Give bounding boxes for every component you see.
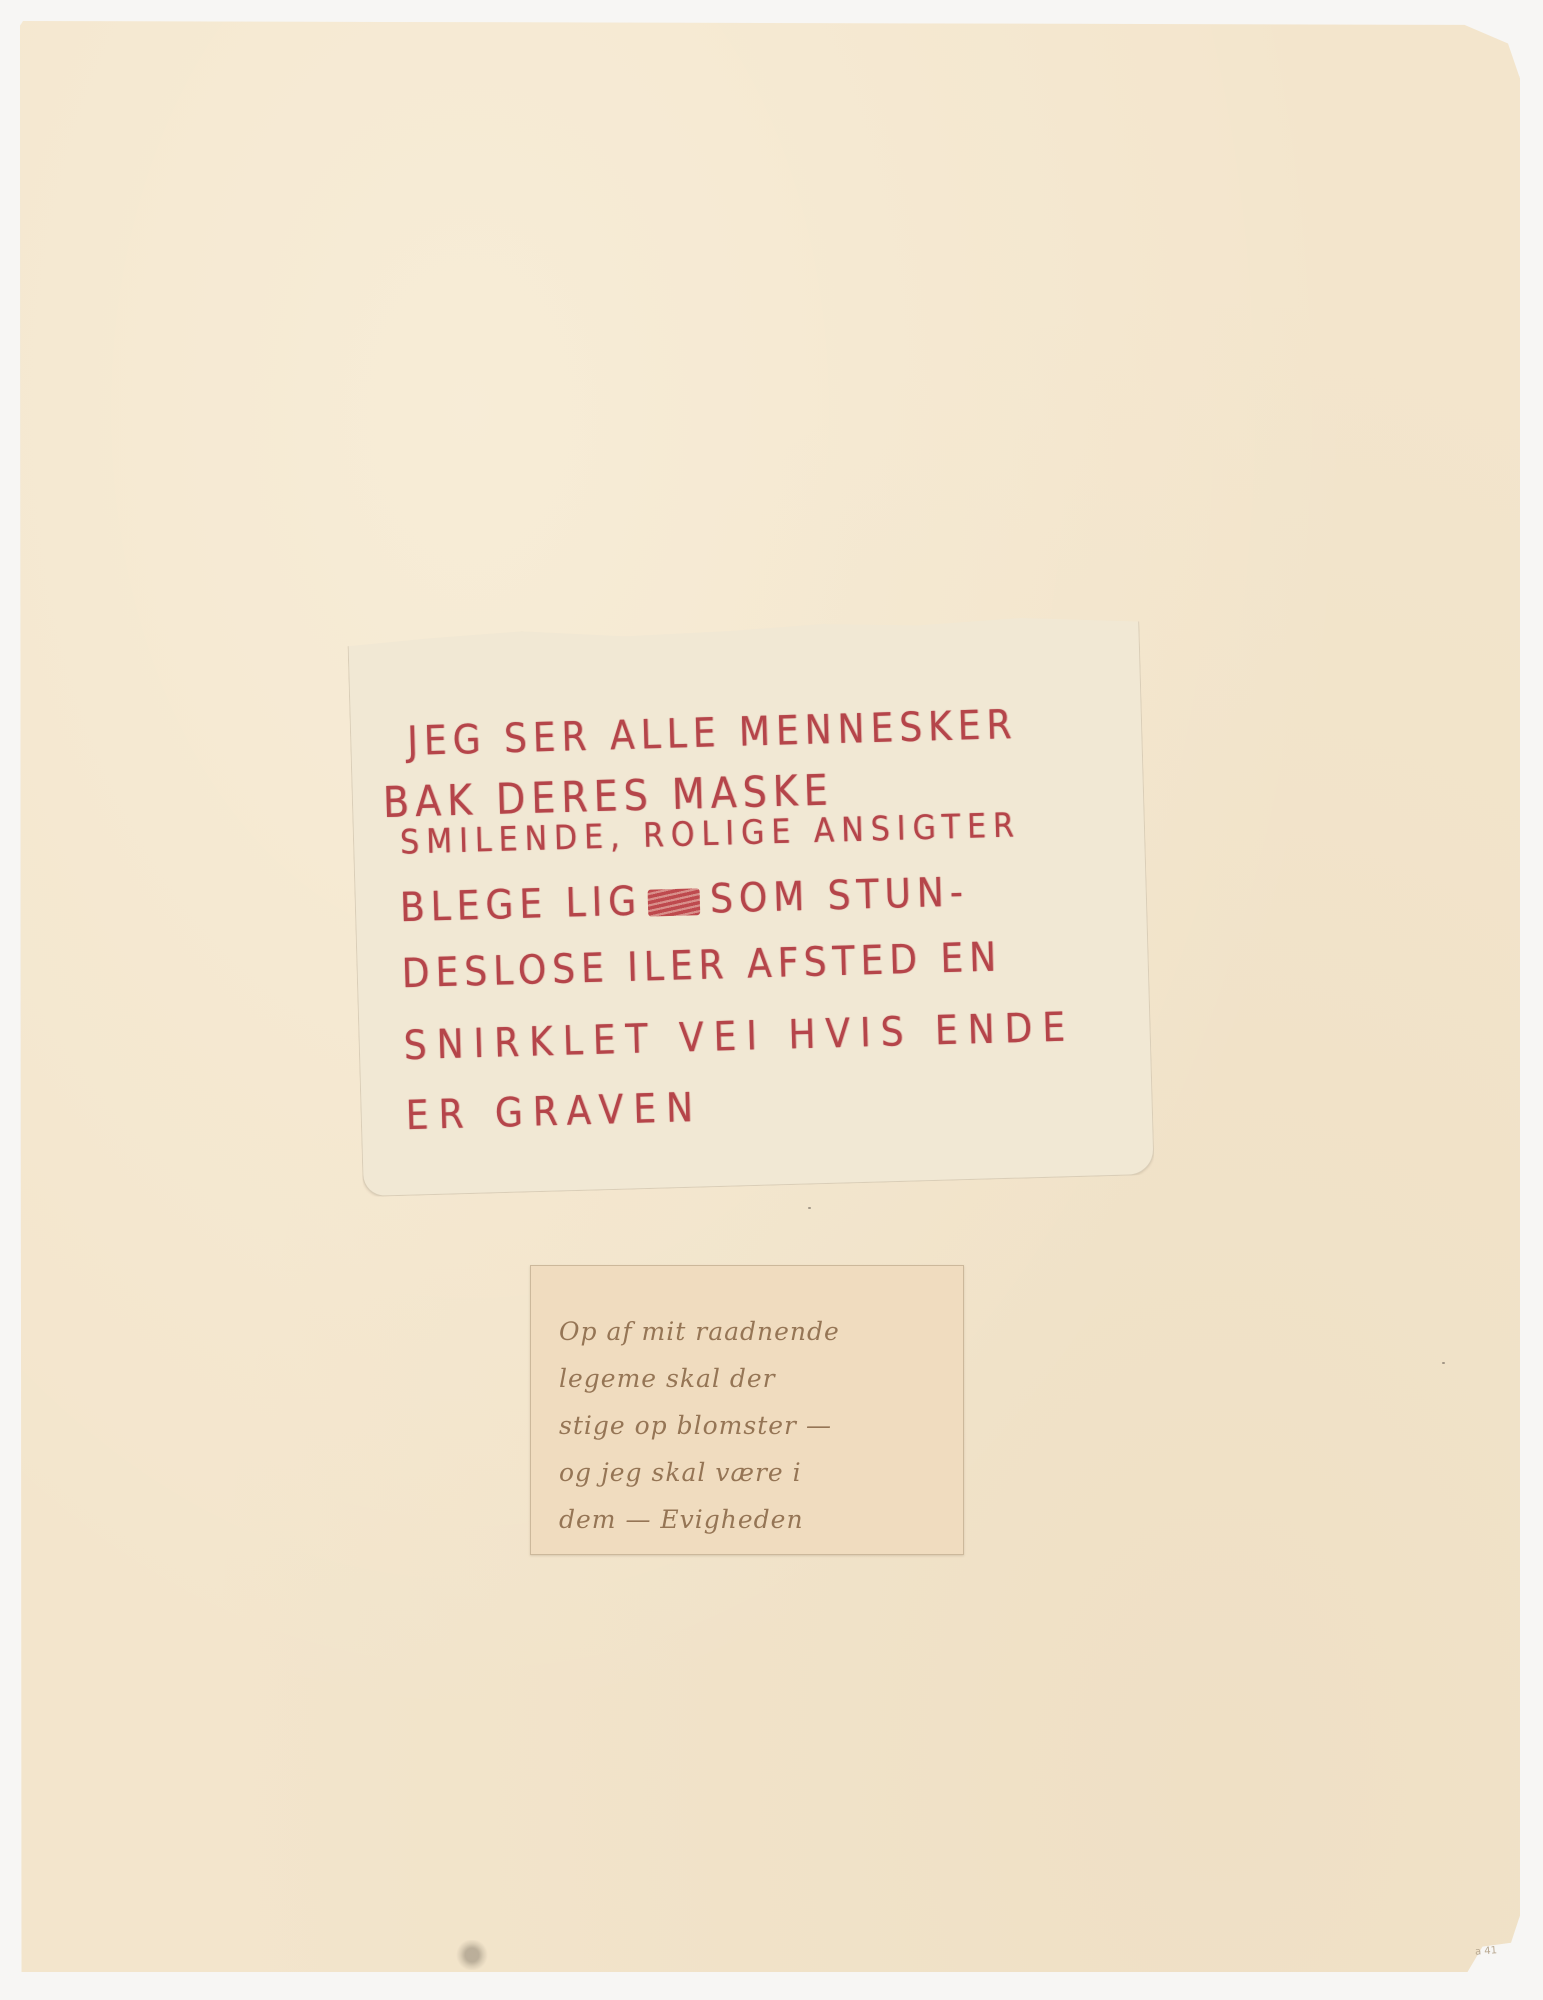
crayon-line-4a: BLEGE LIG	[399, 879, 642, 932]
crayon-line-1: JEG SER ALLE MENNESKER	[407, 703, 1122, 763]
cursive-line-4: og jeg skal være i	[559, 1449, 947, 1496]
lower-slip-cursive-note: Op af mit raadnende legeme skal der stig…	[530, 1265, 964, 1555]
cursive-line-2: legeme skal der	[559, 1355, 947, 1402]
crayon-line-5: DESLOSE ILER AFSTED EN	[401, 935, 1128, 996]
crayon-text-block: JEG SER ALLE MENNESKER BAK DERES MASKE S…	[391, 703, 1132, 1133]
crayon-line-4b: SOM STUN-	[709, 870, 969, 923]
cursive-line-1: Op af mit raadnende	[559, 1308, 947, 1355]
inventory-number: a 41	[1475, 1945, 1498, 1958]
cursive-line-3: stige op blomster —	[559, 1402, 947, 1449]
crayon-line-7: ER GRAVEN	[405, 1076, 1132, 1137]
paper-speck	[1442, 1362, 1445, 1364]
cursive-text-block: Op af mit raadnende legeme skal der stig…	[559, 1308, 947, 1543]
fingerprint-smudge	[455, 1940, 489, 1970]
crayon-line-4: BLEGE LIGSOM STUN-	[399, 869, 1126, 930]
crayon-line-6: SNIRKLET VEI HVIS ENDE	[403, 1006, 1130, 1067]
cursive-line-5: dem — Evigheden	[559, 1496, 947, 1543]
upper-slip-crayon-note: JEG SER ALLE MENNESKER BAK DERES MASKE S…	[347, 613, 1154, 1197]
paper-speck	[808, 1207, 811, 1209]
crossed-out-word	[648, 888, 701, 916]
